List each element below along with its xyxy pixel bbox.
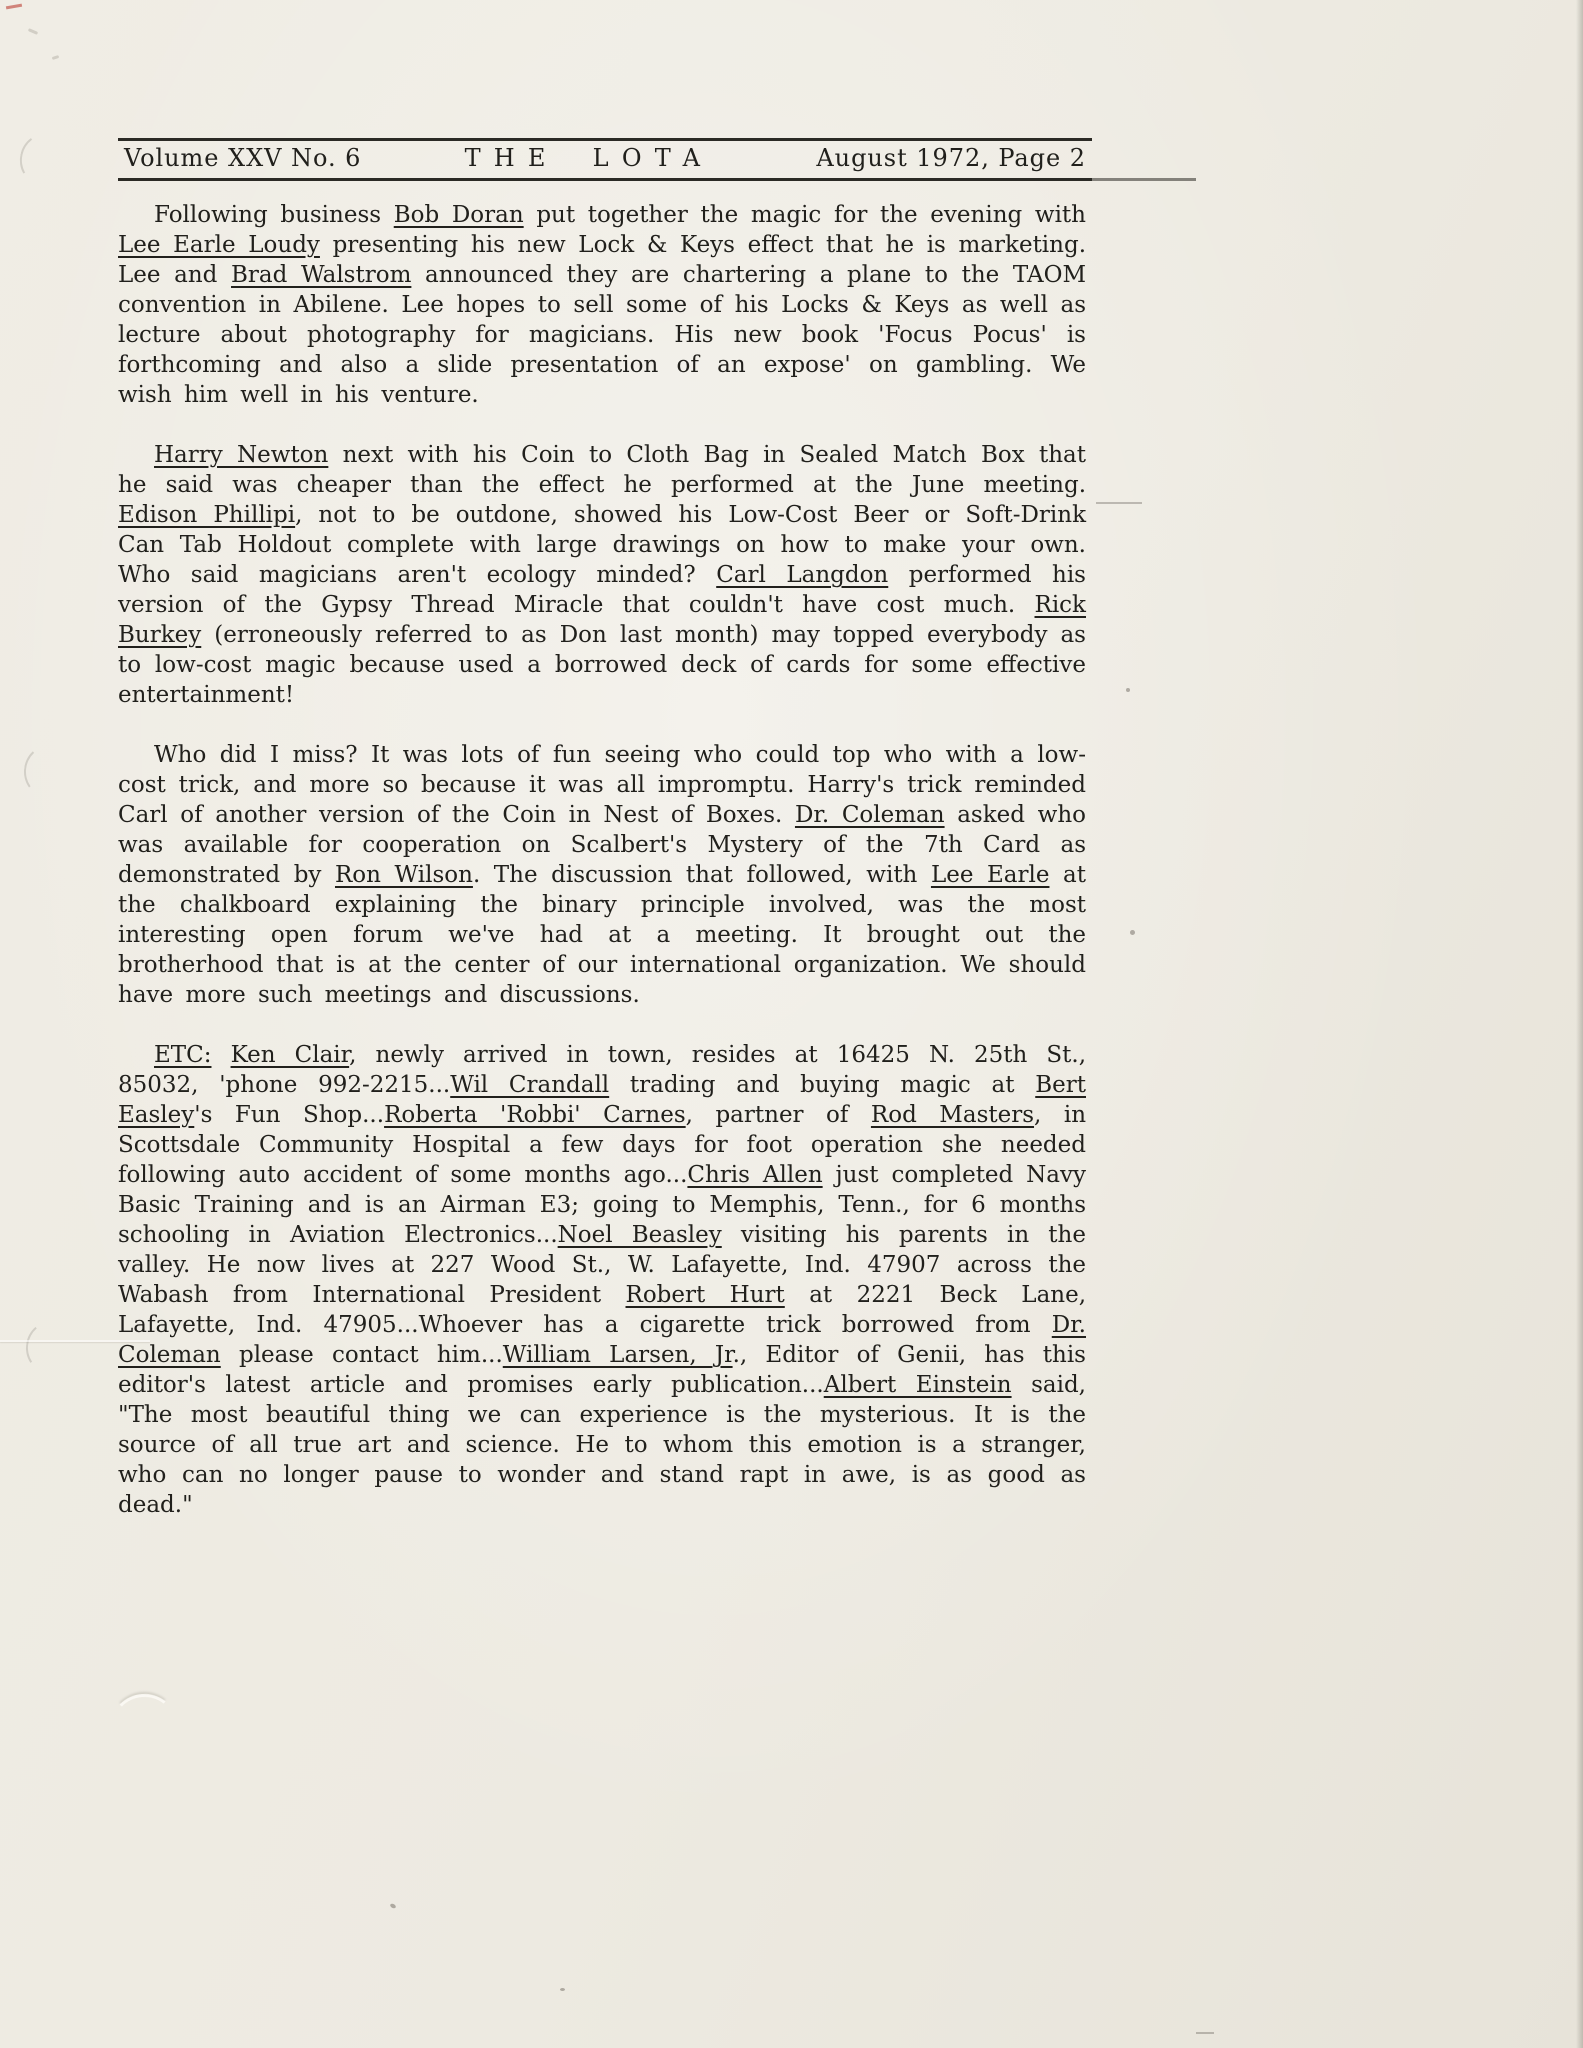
text-segment: put together the magic for the evening w…	[524, 202, 1086, 228]
underlined-name: William Larsen, Jr	[503, 1342, 733, 1368]
paragraph: ETC: Ken Clair, newly arrived in town, r…	[118, 1040, 1086, 1520]
header-rule-extension	[1092, 178, 1196, 181]
underlined-name: Rod Masters	[871, 1102, 1034, 1128]
text-segment: . The discussion that followed, with	[473, 862, 931, 888]
text-segment: Following business	[154, 202, 394, 228]
underlined-name: Carl Langdon	[716, 562, 888, 588]
issue-date-page: August 1972, Page 2	[816, 144, 1086, 172]
underlined-name: Harry Newton	[154, 442, 328, 468]
paper-curl-mark	[22, 744, 71, 798]
text-segment: 's Fun Shop...	[194, 1102, 384, 1128]
underlined-name: Dr. Coleman	[795, 802, 945, 828]
scan-edge-shadow	[1576, 0, 1583, 2048]
body-text: Following business Bob Doran put togethe…	[118, 200, 1086, 1550]
paper-curl-mark	[23, 1319, 74, 1375]
underlined-name: Chris Allen	[687, 1162, 822, 1188]
underlined-name: Robert Hurt	[626, 1282, 785, 1308]
pencil-speck	[28, 28, 38, 35]
pencil-speck	[52, 55, 60, 60]
underlined-name: Roberta 'Robbi' Carnes	[384, 1102, 686, 1128]
paragraph: Who did I miss? It was lots of fun seein…	[118, 740, 1086, 1010]
stray-dash-mark	[1096, 502, 1142, 504]
text-segment: trading and buying magic at	[609, 1072, 1035, 1098]
text-segment	[211, 1042, 230, 1068]
paper-emboss-curl	[110, 1692, 178, 1754]
ink-speck	[1126, 688, 1130, 692]
scanned-page: Volume XXV No. 6 THE LOTA August 1972, P…	[0, 0, 1583, 2048]
newsletter-title: THE LOTA	[465, 144, 714, 172]
underlined-name: Ken Clair	[231, 1042, 350, 1068]
underlined-name: Lee Earle	[931, 862, 1050, 888]
paper-curl-mark	[15, 130, 68, 188]
volume-number: Volume XXV No. 6	[124, 144, 361, 172]
underlined-name: Brad Walstrom	[231, 262, 411, 288]
ink-speck	[560, 1988, 565, 1991]
stray-dash-mark	[1196, 2032, 1214, 2034]
text-segment: please contact him...	[221, 1342, 503, 1368]
red-pen-mark	[6, 4, 22, 10]
paragraph: Harry Newton next with his Coin to Cloth…	[118, 440, 1086, 710]
text-segment: (erroneously referred to as Don last mon…	[118, 622, 1086, 708]
underlined-name: Wil Crandall	[450, 1072, 609, 1098]
ink-speck	[389, 1903, 396, 1909]
underlined-name: Lee Earle Loudy	[118, 232, 320, 258]
newsletter-header: Volume XXV No. 6 THE LOTA August 1972, P…	[118, 138, 1092, 181]
underlined-name: Edison Phillipi	[118, 502, 295, 528]
underlined-name: Noel Beasley	[558, 1222, 722, 1248]
text-segment: , partner of	[686, 1102, 871, 1128]
underlined-name: Albert Einstein	[824, 1372, 1012, 1398]
ink-speck	[1130, 930, 1135, 935]
paper-crease	[0, 1340, 150, 1342]
underlined-name: Bob Doran	[394, 202, 524, 228]
underlined-name: Ron Wilson	[335, 862, 473, 888]
paragraph: Following business Bob Doran put togethe…	[118, 200, 1086, 410]
underlined-name: ETC:	[154, 1042, 211, 1068]
